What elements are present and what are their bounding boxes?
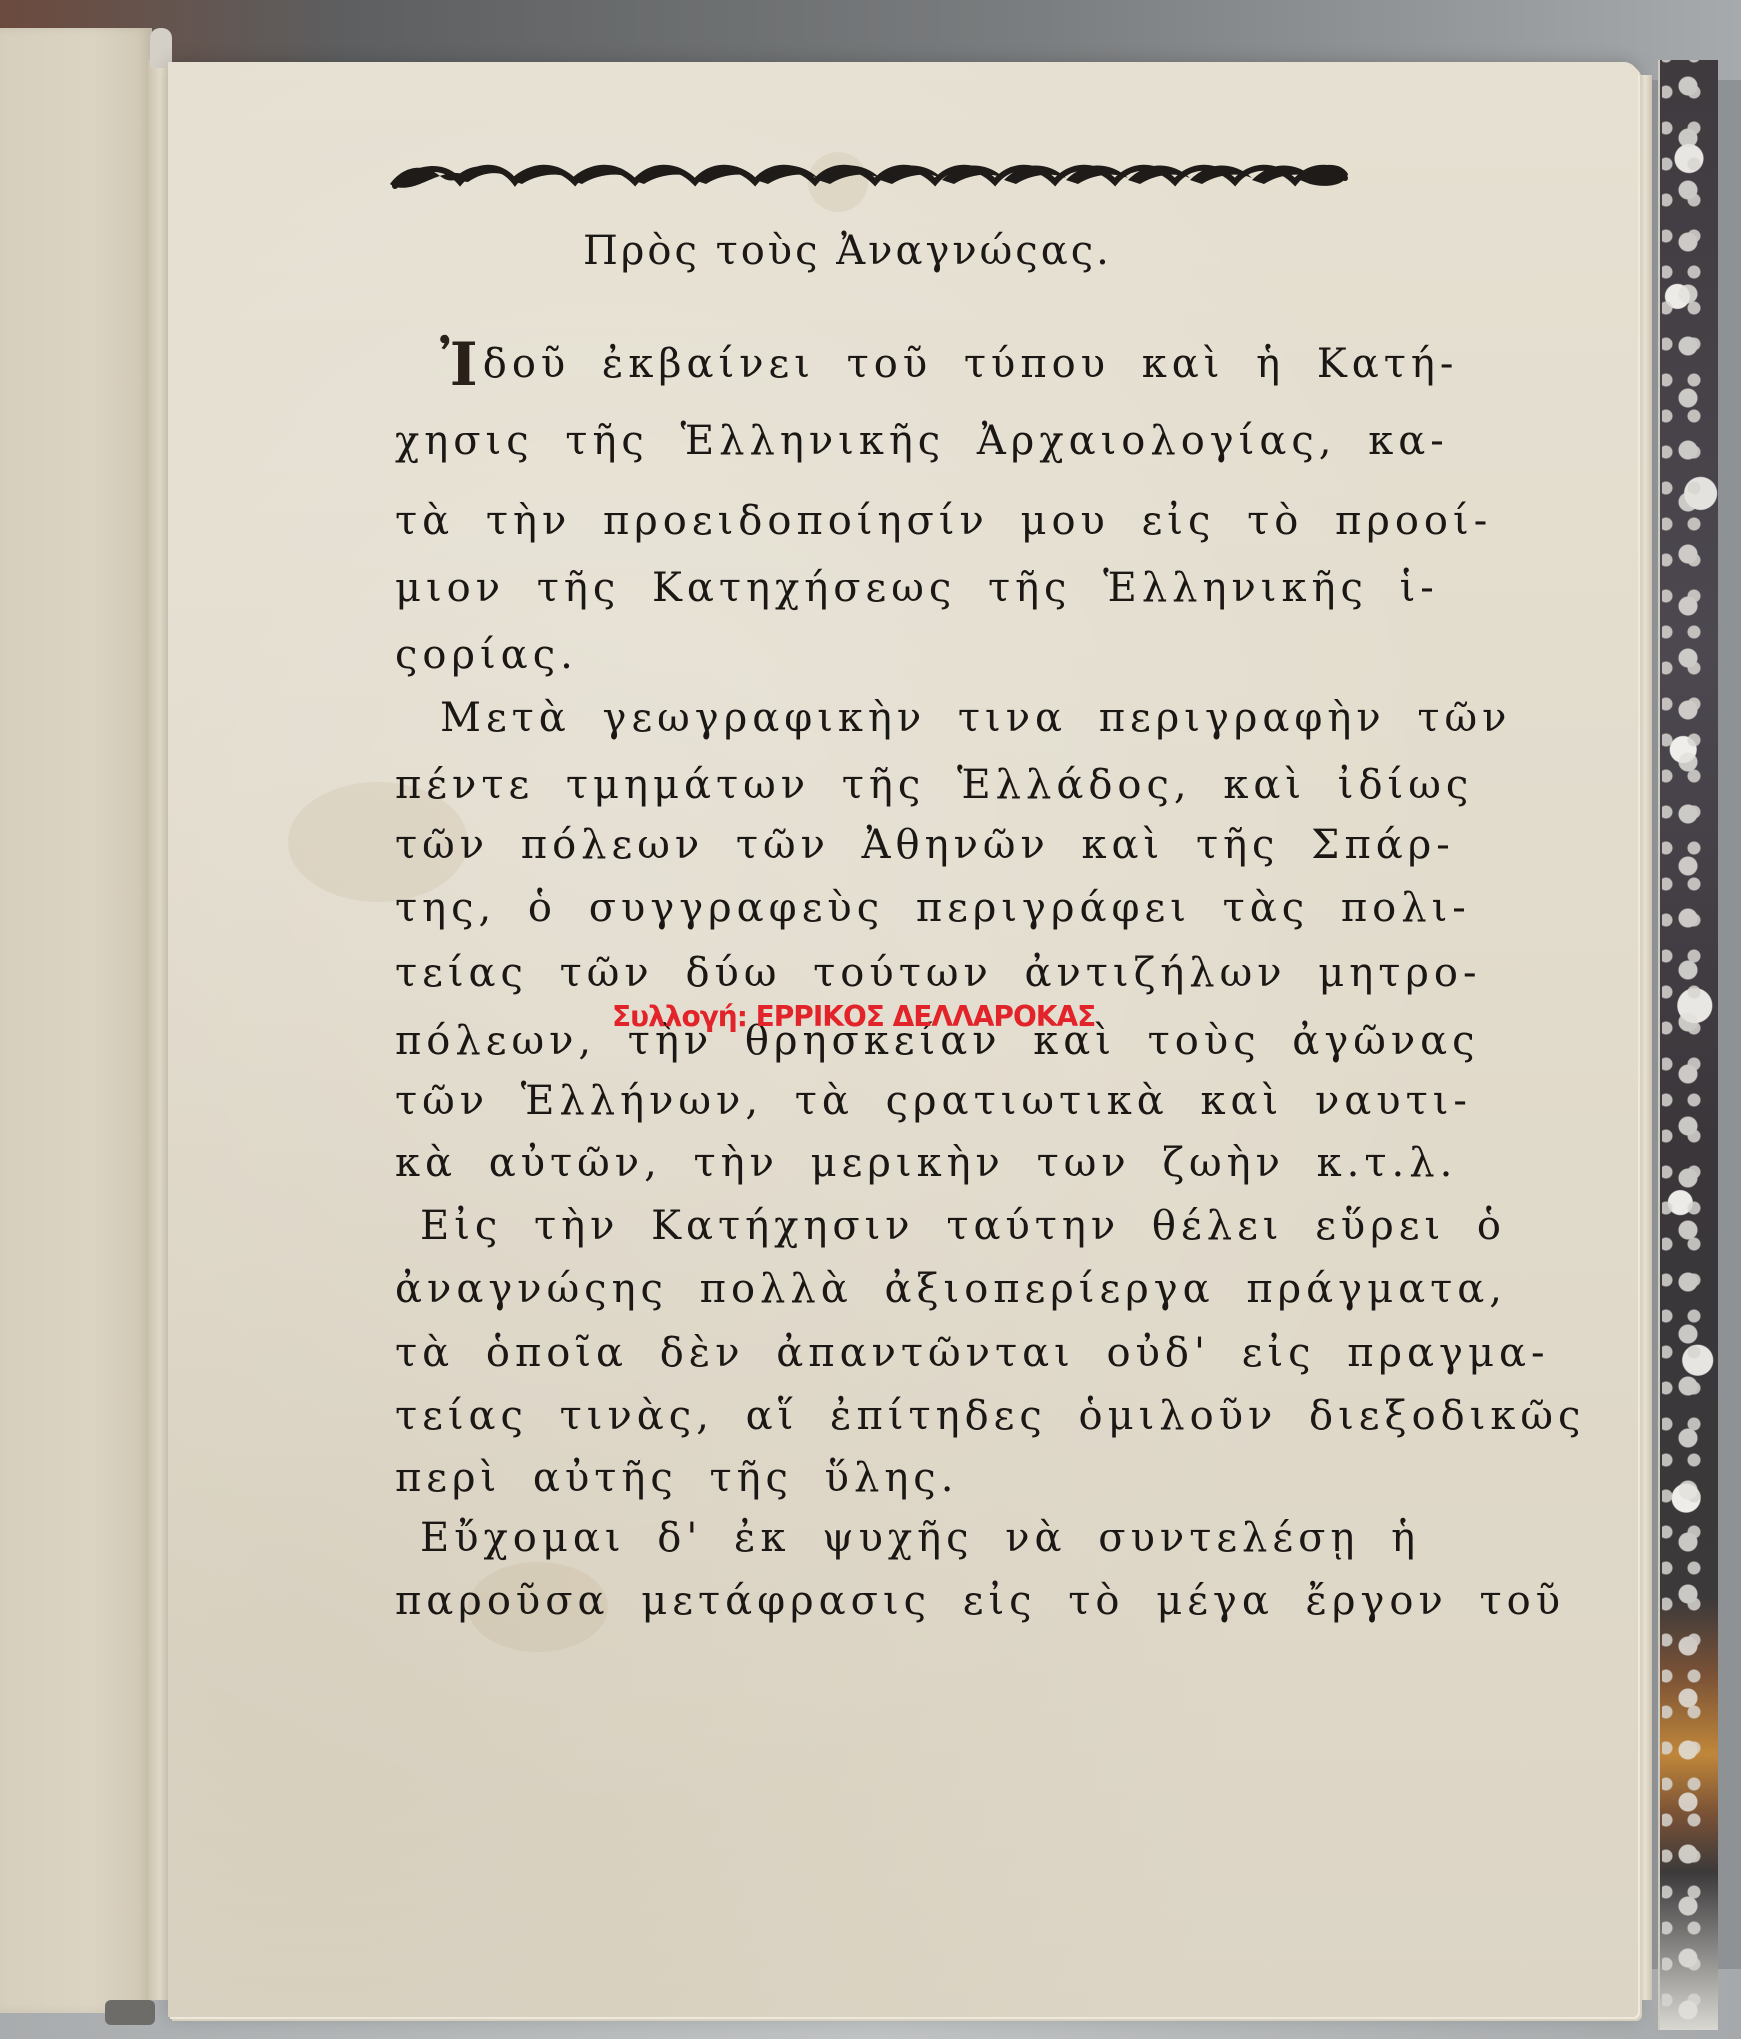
text-line-3: τὰ τὴν προειδοποίησίν μου εἰς τὸ προοί- xyxy=(395,498,1492,544)
page-title: Πρὸς τοὺς Ἀναγνώςας. xyxy=(583,228,1112,274)
text-line-9: της, ὁ συγγραφεὺς περιγράφει τὰς πολι- xyxy=(395,885,1471,931)
text-line-8: τῶν πόλεων τῶν Ἀθηνῶν καὶ τῆς Σπάρ- xyxy=(395,822,1455,868)
collection-watermark: Συλλογή: ΕΡΡΙΚΟΣ ΔΕΛΛΑΡΟΚΑΣ xyxy=(612,1000,1095,1033)
text-line-17: τείας τινὰς, αἵ ἐπίτηδες ὁμιλοῦν διεξοδι… xyxy=(395,1393,1585,1439)
text-line-1: Ἰδοῦ ἐκβαίνει τοῦ τύπου καὶ ἡ Κατή- xyxy=(440,335,1458,395)
text-line-20: παροῦσα μετάφρασις εἰς τὸ μέγα ἔργον τοῦ xyxy=(395,1578,1565,1624)
text-line-14: Εἰς τὴν Κατήχησιν ταύτην θέλει εὕρει ὁ xyxy=(420,1203,1506,1249)
text-line-10: τείας τῶν δύω τούτων ἀντιζήλων μητρο- xyxy=(395,950,1481,996)
text-line-19: Εὔχομαι δ' ἐκ ψυχῆς νὰ συντελέσῃ ἡ xyxy=(420,1515,1420,1561)
text-line-5: ςορίας. xyxy=(395,632,578,678)
drop-cap: Ἰ xyxy=(440,330,483,400)
marbled-pattern xyxy=(1662,60,1712,2030)
text-line-18: περὶ αὐτῆς τῆς ὕλης. xyxy=(395,1455,958,1501)
page-stack-edge xyxy=(1638,75,1652,2000)
binding-stitch-bottom xyxy=(105,2000,155,2025)
text-line-4: μιον τῆς Κατηχήσεως τῆς Ἑλληνικῆς ἱ- xyxy=(395,565,1439,611)
text-line-7: πέντε τμημάτων τῆς Ἑλλάδος, καὶ ἰδίως xyxy=(395,762,1473,808)
wave-border-ornament xyxy=(390,150,1350,200)
text-line-2: χησις τῆς Ἑλληνικῆς Ἀρχαιολογίας, κα- xyxy=(395,418,1449,464)
left-page xyxy=(0,28,152,2013)
text-line-12: τῶν Ἑλλήνων, τὰ ςρατιωτικὰ καὶ ναυτι- xyxy=(395,1078,1472,1124)
text-line-15: ἀναγνώςης πολλὰ ἀξιοπερίεργα πράγματα, xyxy=(395,1266,1507,1312)
text-line-16: τὰ ὁποῖα δὲν ἀπαντῶνται οὐδ' εἰς πραγμα- xyxy=(395,1330,1550,1376)
text-line-13: κὰ αὐτῶν, τὴν μερικὴν των ζωὴν κ.τ.λ. xyxy=(395,1140,1457,1186)
text-line-6: Μετὰ γεωγραφικὴν τινα περιγραφὴν τῶν xyxy=(440,695,1511,741)
